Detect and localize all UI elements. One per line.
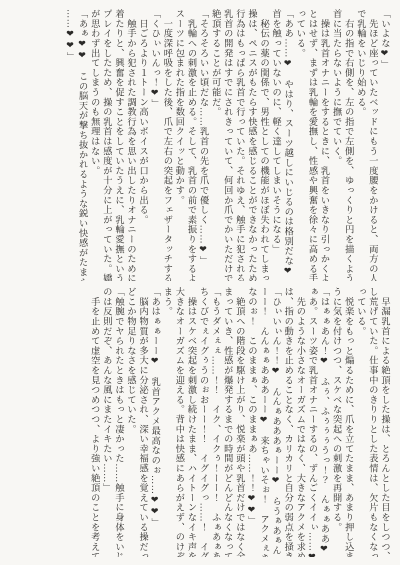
text-column: 右の指で右側を、左の指で左側を、ゆっくりと円を描くように、乳 bbox=[343, 9, 355, 281]
text-column: っている。 bbox=[294, 9, 306, 281]
text-column: 絶頂への階段を駆け上がり、悦楽が頭や乳首だけではなく全身に広 bbox=[234, 287, 246, 557]
text-column: 日ごろより１トーン高いボイスが口から出る。 bbox=[137, 9, 149, 281]
text-column: 触手から犯された調教行為を思い出したりオナニーのためにスーツを bbox=[125, 9, 137, 281]
text-column: 操はスケベ突起を刺激し続けたまま、ハイトーンなイキ声を出し、 bbox=[185, 287, 197, 557]
upper-text-block: 「いよな❤」 先ほど座っていたベッドにもう一度腰をかけると、両方の人差し指で乳輪… bbox=[6, 9, 391, 281]
text-column: 首に当たらないように撫でていく。 bbox=[331, 9, 343, 281]
text-column: 乳輪への刺激を止める。そして、乳首の前で素振りをするように、 bbox=[185, 9, 197, 281]
text-column: 「あぁ❤❤ この脳天が撃ち抜かれるような鋭い快感がたまらない bbox=[77, 9, 89, 281]
text-column: 一度深呼吸をした後、爪で左右の突起をフェザータッチすると…… bbox=[161, 9, 173, 281]
text-column: プレイをしたため、操の乳首は感度が十分に上がっていた。嬌声 bbox=[101, 9, 113, 281]
text-column: 操は、ペニスがもたらす快感を感じることができなかったため、自慰 bbox=[246, 9, 258, 281]
text-column: 首を触っていないのに、軽く達してしまいそうになる」 bbox=[270, 9, 282, 281]
text-column: 行為はもっぱら乳首で行っていた。それゆえ、触手に犯される前から、 bbox=[234, 9, 246, 281]
text-column: 「もうダメぇぇ……！！ イク、イクぅ！ーー！ ふぁあぁあーー！！❤❤ bbox=[210, 287, 222, 557]
text-column: 「くひぃいんっ！❤」 bbox=[149, 9, 161, 281]
text-column: 悦楽をもっと煽るために、爪を立てたまま、あまり押し込まないよ bbox=[343, 287, 355, 557]
text-column: 「はぁぁあん！❤ ふぅ、ふぅぅぅうっ！？ んぁぁああ❤❤ bbox=[318, 287, 330, 557]
text-column: まっていき、性感が爆発するまでの時間がどんどんなくなっていく。 bbox=[222, 287, 234, 557]
text-column: 「触腕でヤられたときはもっと凄かった……触手に身体をいじられる bbox=[113, 287, 125, 557]
text-column: 「いよな❤」 bbox=[379, 9, 391, 281]
text-column: 大きなオーガズムを迎える。背中は快感にあらがえず、のけぞってし bbox=[173, 287, 185, 557]
text-column: で乳輪をいじり始める。 bbox=[355, 9, 367, 281]
text-column: 先のような小さなオーガズムではなく、大きなアクメを求めている操 bbox=[294, 287, 306, 557]
text-column: ーー！ んんぁぁあああーー❤ 来ちゃいそぉ！ アクメぇきそう bbox=[258, 287, 270, 557]
text-column: とはせず、まずは乳輪を愛撫し、性感や興奮を徐々に高める手法をと bbox=[306, 9, 318, 281]
text-column: 「あはぁぁーー❤ 乳首アクメ最高なのぉ……❤❤」 bbox=[149, 287, 161, 557]
text-column: 「そろそろいい頃だな……乳首の先を爪で優しく……❤」 bbox=[198, 9, 210, 281]
text-column: ……❤❤」 bbox=[64, 9, 76, 281]
text-column: し荒げていた。仕事中のきりりとした表情は、欠片もなくなってしま bbox=[367, 287, 379, 557]
text-column: が思わず出てしまうのも無理はない。 bbox=[89, 9, 101, 281]
text-column: 脳内物質が多大に分泌され、深い幸福感を覚えている操だったが、 bbox=[137, 287, 149, 557]
text-column: スーツに包まれた指を数回クイッと動かす。 bbox=[173, 9, 185, 281]
novel-page: 「いよな❤」 先ほど座っていたベッドにもう一度腰をかけると、両方の人差し指で乳輪… bbox=[0, 0, 400, 565]
text-column: 手を止めて虚空を見つめつつ、より強い絶頂のことを考えていた操 bbox=[89, 287, 101, 557]
text-column: っている。 bbox=[355, 287, 367, 557]
text-column: ちくびでぇイグぅうのぉおーー！！ イグイグっ……！ イグぅぅうぅーー！！❤❤」 bbox=[198, 287, 210, 557]
text-column: 秘伝の薬の関係で、男性としての機能がほぼ失われてしまっている bbox=[258, 9, 270, 281]
text-column: まう。 bbox=[161, 287, 173, 557]
text-column: ぁあ。スーツ姿で乳首オナニーするの、ずんごくイイぃ……❤❤」 bbox=[306, 287, 318, 557]
text-column: 早漏乳首による絶頂をした操は、とろんとした目をしつつ、息を少 bbox=[379, 287, 391, 557]
text-column: うに気を付けつつ、スケベな突起への刺激を再開する。 bbox=[331, 287, 343, 557]
text-column: 操は乳首オナニーをするときに、乳首をいきなり引っかくようなこ bbox=[318, 9, 330, 281]
text-column: どこか物足りなさを感じていた。 bbox=[125, 287, 137, 557]
text-column: 着たりと、興奮を促すことをしていたうえに、乳輪愛撫という焦らし bbox=[113, 9, 125, 281]
text-column: のは反則だぞ、あんな風にまたイキたい……」 bbox=[101, 287, 113, 557]
text-column: 「ひぃいぃん！！❤ んんぁあああぁーー❤ らうぁあぁん❤ はぁと、これ凄くぅ bbox=[270, 287, 282, 557]
text-column: 乳首の開発はすでにされきっていて、何回か爪でかいただけで小さく bbox=[222, 9, 234, 281]
text-column: 「ああ……❤ やはり、スーツ越しにいじるのは格別だな❤ まだ乳 bbox=[282, 9, 294, 281]
text-column: 絶頂することが可能だ。 bbox=[210, 9, 222, 281]
text-column: は、指の動きを止めることなく、カリカリと自分の弱点を掻き続ける。 bbox=[282, 287, 294, 557]
text-column: 先ほど座っていたベッドにもう一度腰をかけると、両方の人差し指 bbox=[367, 9, 379, 281]
lower-text-block: 早漏乳首による絶頂をした操は、とろんとした目をしつつ、息を少し荒げていた。仕事中… bbox=[6, 287, 391, 557]
text-column: なのぉ！ このままぁ、このままぁあ……！！❤❤」 bbox=[246, 287, 258, 557]
